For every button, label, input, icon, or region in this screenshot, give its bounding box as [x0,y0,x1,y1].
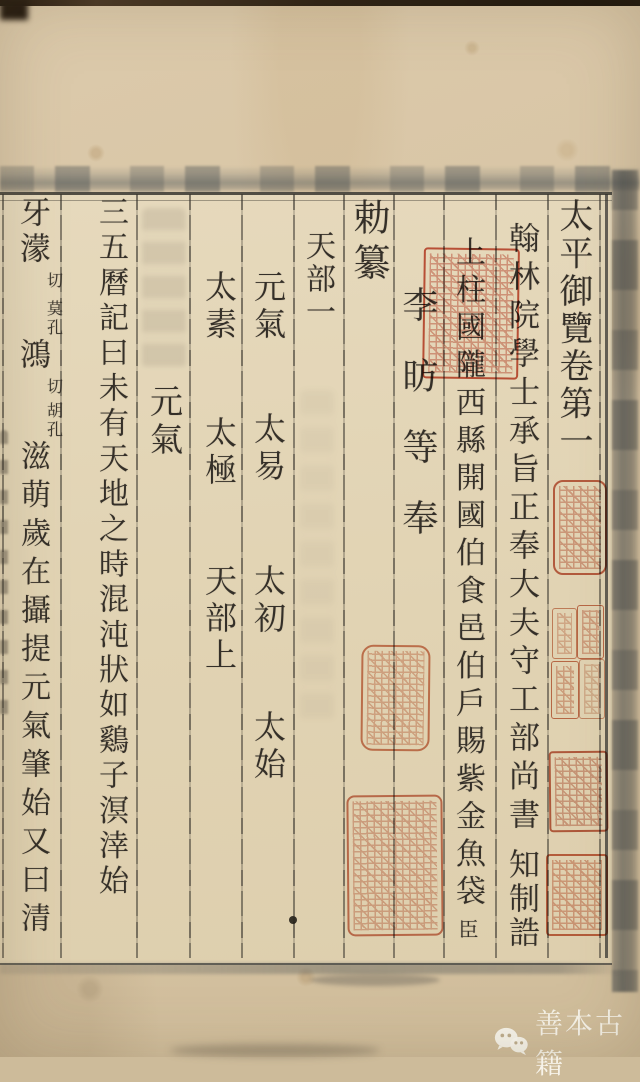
ink-smudge-bottom [0,963,622,974]
page-top-edge [0,0,640,6]
fanqie-annotation: 莫孔切 [20,272,62,338]
margin-seal-double [549,751,609,833]
mid-column-seal-small [360,645,430,752]
column-contents-1: 元氣太易太初太始 [252,270,284,784]
rank-text-2: 知制誥 [503,848,539,950]
bleed-through-marks [142,208,186,368]
watermark: 善本古籍 [494,1002,640,1057]
margin-seal-pair-2-left [551,661,579,719]
watermark-text: 善本古籍 [535,1002,640,1057]
margin-seal-pair-1-left [552,608,577,659]
margin-seal-pair-2-right [579,659,605,719]
page-corner-shadow [0,0,28,20]
margin-seal-pair-1-right [577,605,604,659]
body-text: 滋萌歲在攝提元氣肇始又曰清 [15,440,50,941]
wechat-icon [494,1024,529,1057]
entry-heading-text: 元氣 [145,384,184,460]
contents-entry: 太易 [249,412,287,486]
column-rule [293,194,295,958]
column-imperial-edict: 勅纂 [350,198,387,288]
ink-smudge-top [0,166,640,192]
column-entry-heading: 元氣 [148,384,181,460]
contents-entry: 太素 [200,270,238,344]
section-title-text: 天部一 [300,230,335,329]
annotation-left: 切 [20,272,62,300]
book-page-scan: 太平御覽卷第一 翰林院學士承旨正奉大夫守工部尚書知制誥 上柱國隴西縣開國伯食邑伯… [0,0,640,1057]
column-rule [241,194,243,958]
contents-entry: 天部上 [200,564,238,675]
ink-smudge-right [612,170,638,992]
page-bottom-edge-smudge [170,1044,380,1057]
column-rule [343,194,345,958]
column-rule [189,194,191,958]
body-text: 牙濛 [14,196,50,268]
column-rule [547,194,549,958]
title-text: 太平御覽卷第一 [553,198,593,461]
contents-entry: 太極 [200,416,238,490]
annotation-right: 胡孔 [20,402,62,440]
large-center-seal [422,247,520,379]
annotation-left: 切 [20,378,62,402]
body-text: 鴻 [14,338,50,374]
ink-spot [289,916,297,924]
inner-border-line [599,194,601,958]
bleed-through-marks [300,390,334,720]
contents-entry: 太初 [249,564,287,638]
chen-small-char: 臣 [455,919,479,939]
column-body-text-1: 三五曆記曰未有天地之時混沌狀如鷄子溟涬始 [95,196,125,900]
margin-seal-top [553,480,607,575]
margin-seal-large [546,854,608,936]
annotation-right: 莫孔 [20,300,62,338]
ink-smudge-dab [310,974,440,986]
column-section-title: 天部一 [302,230,332,329]
contents-entry: 太始 [249,710,287,784]
edict-text: 勅纂 [347,198,390,288]
column-body-text-2: 牙濛莫孔切鴻胡孔切滋萌歲在攝提元氣肇始又曰清 [16,196,62,941]
outer-border-line [605,194,608,958]
column-title: 太平御覽卷第一 [556,198,590,461]
mid-column-seal-large [346,795,443,937]
body-text: 三五曆記曰未有天地之時混沌狀如鷄子溟涬始 [93,196,128,900]
column-contents-2: 太素太極天部上 [203,270,235,675]
column-rule [2,194,4,958]
contents-entry: 元氣 [249,270,287,344]
column-rule [136,194,138,958]
fanqie-annotation: 胡孔切 [20,378,62,440]
